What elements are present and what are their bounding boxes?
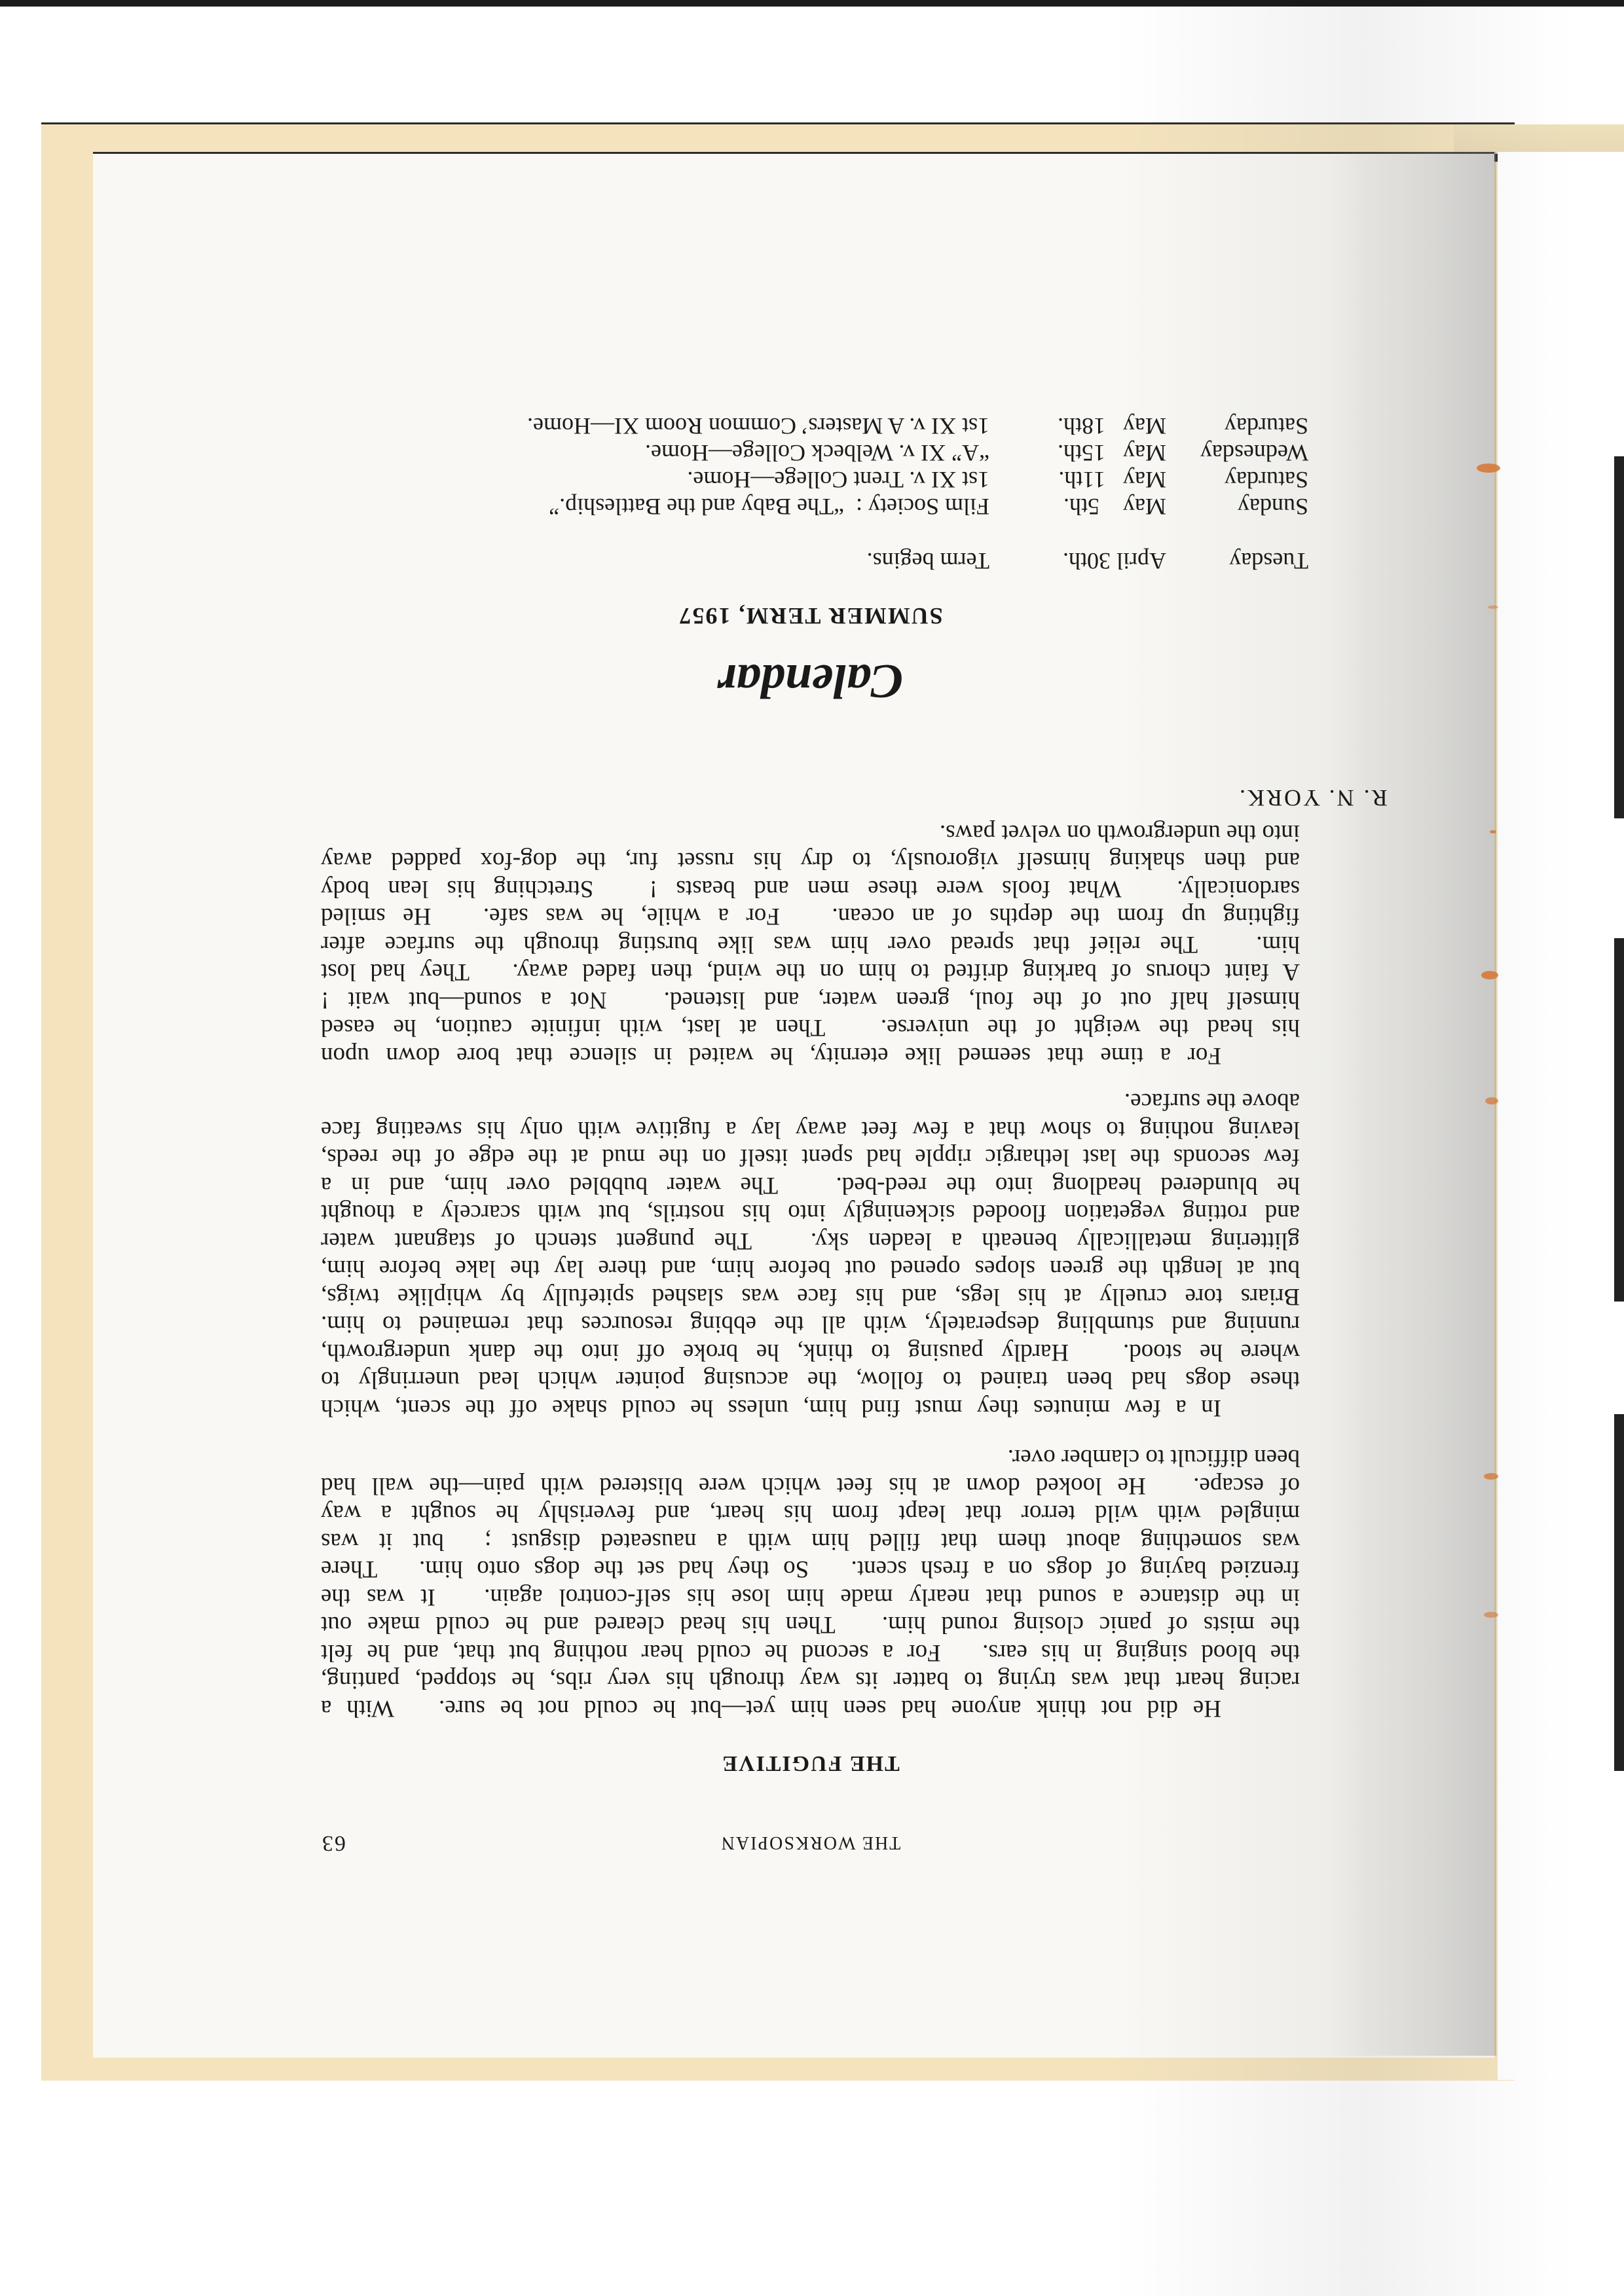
text-line: running and stumbling desperately, with … bbox=[321, 1310, 1300, 1338]
calendar-event: 1st XI v. A Masters’ Common Room XI—Home… bbox=[527, 412, 989, 440]
calendar-date: May 15th. bbox=[1058, 439, 1166, 467]
calendar-day: Wednesday bbox=[1200, 439, 1308, 467]
calendar-event: Term begins. bbox=[867, 547, 989, 575]
text-line: his head the weight of the universe. The… bbox=[321, 1013, 1300, 1042]
running-head: THE WORKSOPIAN 63 bbox=[321, 1834, 1300, 1853]
calendar-day: Tuesday bbox=[1229, 547, 1308, 575]
calendar-title: Calendar bbox=[321, 653, 1300, 708]
text-line: into the undergrowth on velvet paws. bbox=[321, 819, 1300, 847]
text-line: the blood singing in his ears. For a sec… bbox=[321, 1639, 1300, 1667]
page-number: 63 bbox=[321, 1831, 346, 1855]
calendar-event: “A” XI v. Welbeck College—Home. bbox=[645, 439, 989, 467]
text-line: and rotting vegetation flooded sickening… bbox=[321, 1199, 1300, 1227]
text-line: and then shaking himself vigorously, to … bbox=[321, 847, 1300, 875]
text-line: where he stood. Hardly pausing to think,… bbox=[321, 1338, 1300, 1366]
text-line: few seconds the last lethargic ripple ha… bbox=[321, 1143, 1300, 1171]
text-line: the mists of panic closing round him. Th… bbox=[321, 1611, 1300, 1639]
author-signature: R. N. YORK. bbox=[1238, 784, 1388, 812]
calendar-day: Saturday bbox=[1225, 466, 1308, 494]
paragraph: In a few minutes they must find him, unl… bbox=[321, 1087, 1300, 1421]
text-line: of escape. He looked down at his feet wh… bbox=[321, 1472, 1300, 1500]
text-line: was something about them that filled him… bbox=[321, 1527, 1300, 1556]
text-line: leaving nothing to show that a few feet … bbox=[321, 1116, 1300, 1144]
text-line: these dogs had been trained to follow, t… bbox=[321, 1366, 1300, 1394]
calendar-event: 1st XI v. Trent College—Home. bbox=[687, 466, 989, 494]
text-line: himself half out of the foul, green wate… bbox=[321, 986, 1300, 1014]
text-line: Briars tore cruelly at his legs, and his… bbox=[321, 1283, 1300, 1311]
calendar-date: May 11th. bbox=[1058, 466, 1166, 494]
paragraph: For a time that seemed like eternity, he… bbox=[321, 819, 1300, 1070]
text-line: but at length the green slopes opened ou… bbox=[321, 1254, 1300, 1283]
page-content-rotated: THE WORKSOPIAN 63 THE FUGITIVE He did no… bbox=[321, 393, 1300, 1853]
calendar-date: May 5th. bbox=[1063, 493, 1166, 520]
text-line: been difficult to clamber over. bbox=[321, 1444, 1300, 1472]
calendar-date: May 18th. bbox=[1058, 412, 1166, 440]
text-line: above the surface. bbox=[321, 1087, 1300, 1116]
calendar-date: April 30th. bbox=[1063, 547, 1166, 575]
calendar-day: Saturday bbox=[1225, 412, 1308, 440]
scanner-edge bbox=[0, 0, 1624, 7]
text-line: He did not think anyone had seen him yet… bbox=[321, 1694, 1300, 1722]
calendar-day: Sunday bbox=[1238, 493, 1308, 520]
text-line: he blundered headlong into the reed-bed.… bbox=[321, 1171, 1300, 1199]
text-line: in the distance a sound that nearly made… bbox=[321, 1583, 1300, 1611]
journal-name: THE WORKSOPIAN bbox=[720, 1832, 901, 1853]
text-line: fighting up from the depths of an ocean.… bbox=[321, 902, 1300, 930]
text-line: frenzied baying of dogs on a fresh scent… bbox=[321, 1555, 1300, 1583]
calendar-event: Film Society : “The Baby and the Battles… bbox=[549, 493, 989, 520]
text-line: A faint chorus of barking drifted to him… bbox=[321, 958, 1300, 986]
text-line: In a few minutes they must find him, unl… bbox=[321, 1394, 1300, 1422]
text-line: him. The relief that spread over him was… bbox=[321, 930, 1300, 958]
paragraph: He did not think anyone had seen him yet… bbox=[321, 1444, 1300, 1722]
text-line: mingled with wild terror that leapt from… bbox=[321, 1499, 1300, 1527]
article-title: THE FUGITIVE bbox=[321, 1751, 1300, 1776]
text-line: racing heart that was trying to batter i… bbox=[321, 1666, 1300, 1694]
text-line: glittering metallically beneath a leaden… bbox=[321, 1227, 1300, 1255]
text-line: sardonically. What fools were these men … bbox=[321, 875, 1300, 903]
facing-page-photo-edge bbox=[1614, 1414, 1624, 1771]
calendar-subtitle: SUMMER TERM, 1957 bbox=[321, 602, 1300, 630]
text-line: For a time that seemed like eternity, he… bbox=[321, 1042, 1300, 1070]
facing-page-photo-edge bbox=[1614, 938, 1624, 1302]
facing-page-photo-edge bbox=[1614, 456, 1624, 818]
